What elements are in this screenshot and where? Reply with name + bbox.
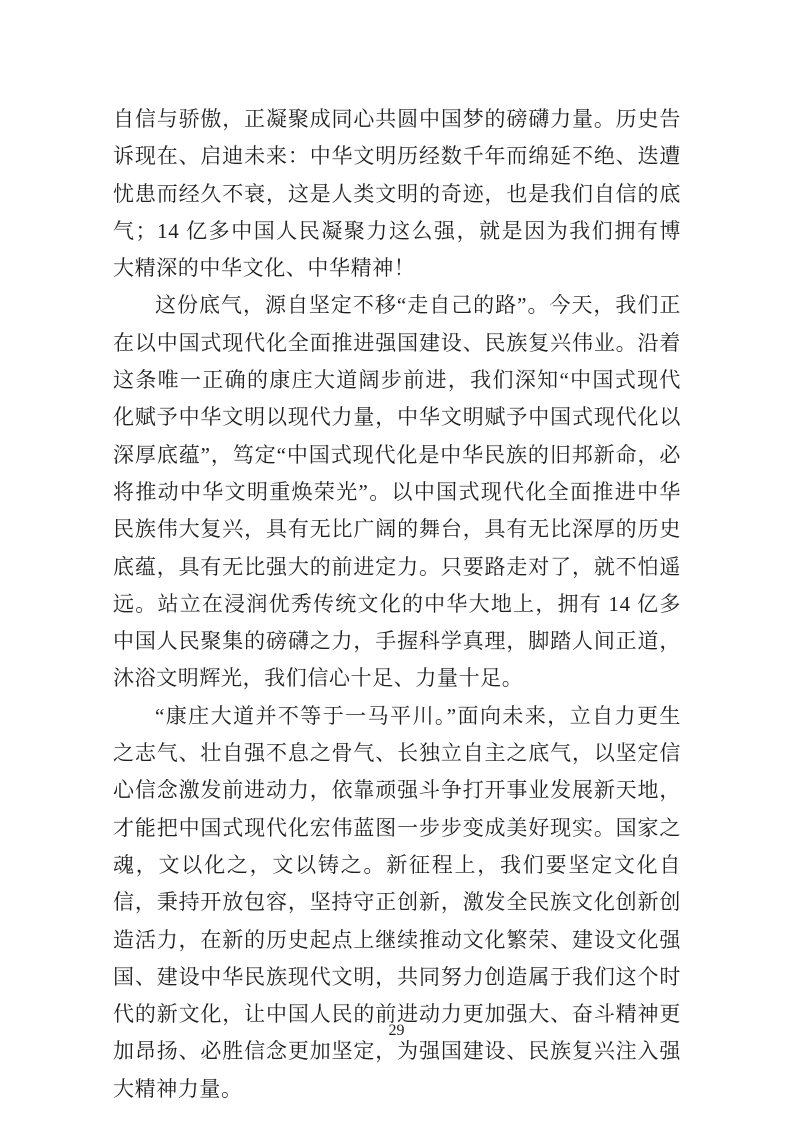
paragraph-kangzhuang-dadao: “康庄大道并不等于一马平川。”面向未来，立自力更生之志气、壮自强不息之骨气、长独… xyxy=(113,698,681,1108)
paragraph-di-fen-diqi: 这份底气，源自坚定不移“走自己的路”。今天，我们正在以中国式现代化全面推进强国建… xyxy=(113,287,681,697)
paragraph-continuation: 自信与骄傲，正凝聚成同心共圆中国梦的磅礴力量。历史告诉现在、启迪未来：中华文明历… xyxy=(113,101,681,287)
document-page: 自信与骄傲，正凝聚成同心共圆中国梦的磅礴力量。历史告诉现在、启迪未来：中华文明历… xyxy=(0,0,793,1122)
page-number: 29 xyxy=(0,1022,793,1040)
document-body: 自信与骄傲，正凝聚成同心共圆中国梦的磅礴力量。历史告诉现在、启迪未来：中华文明历… xyxy=(113,101,681,1108)
